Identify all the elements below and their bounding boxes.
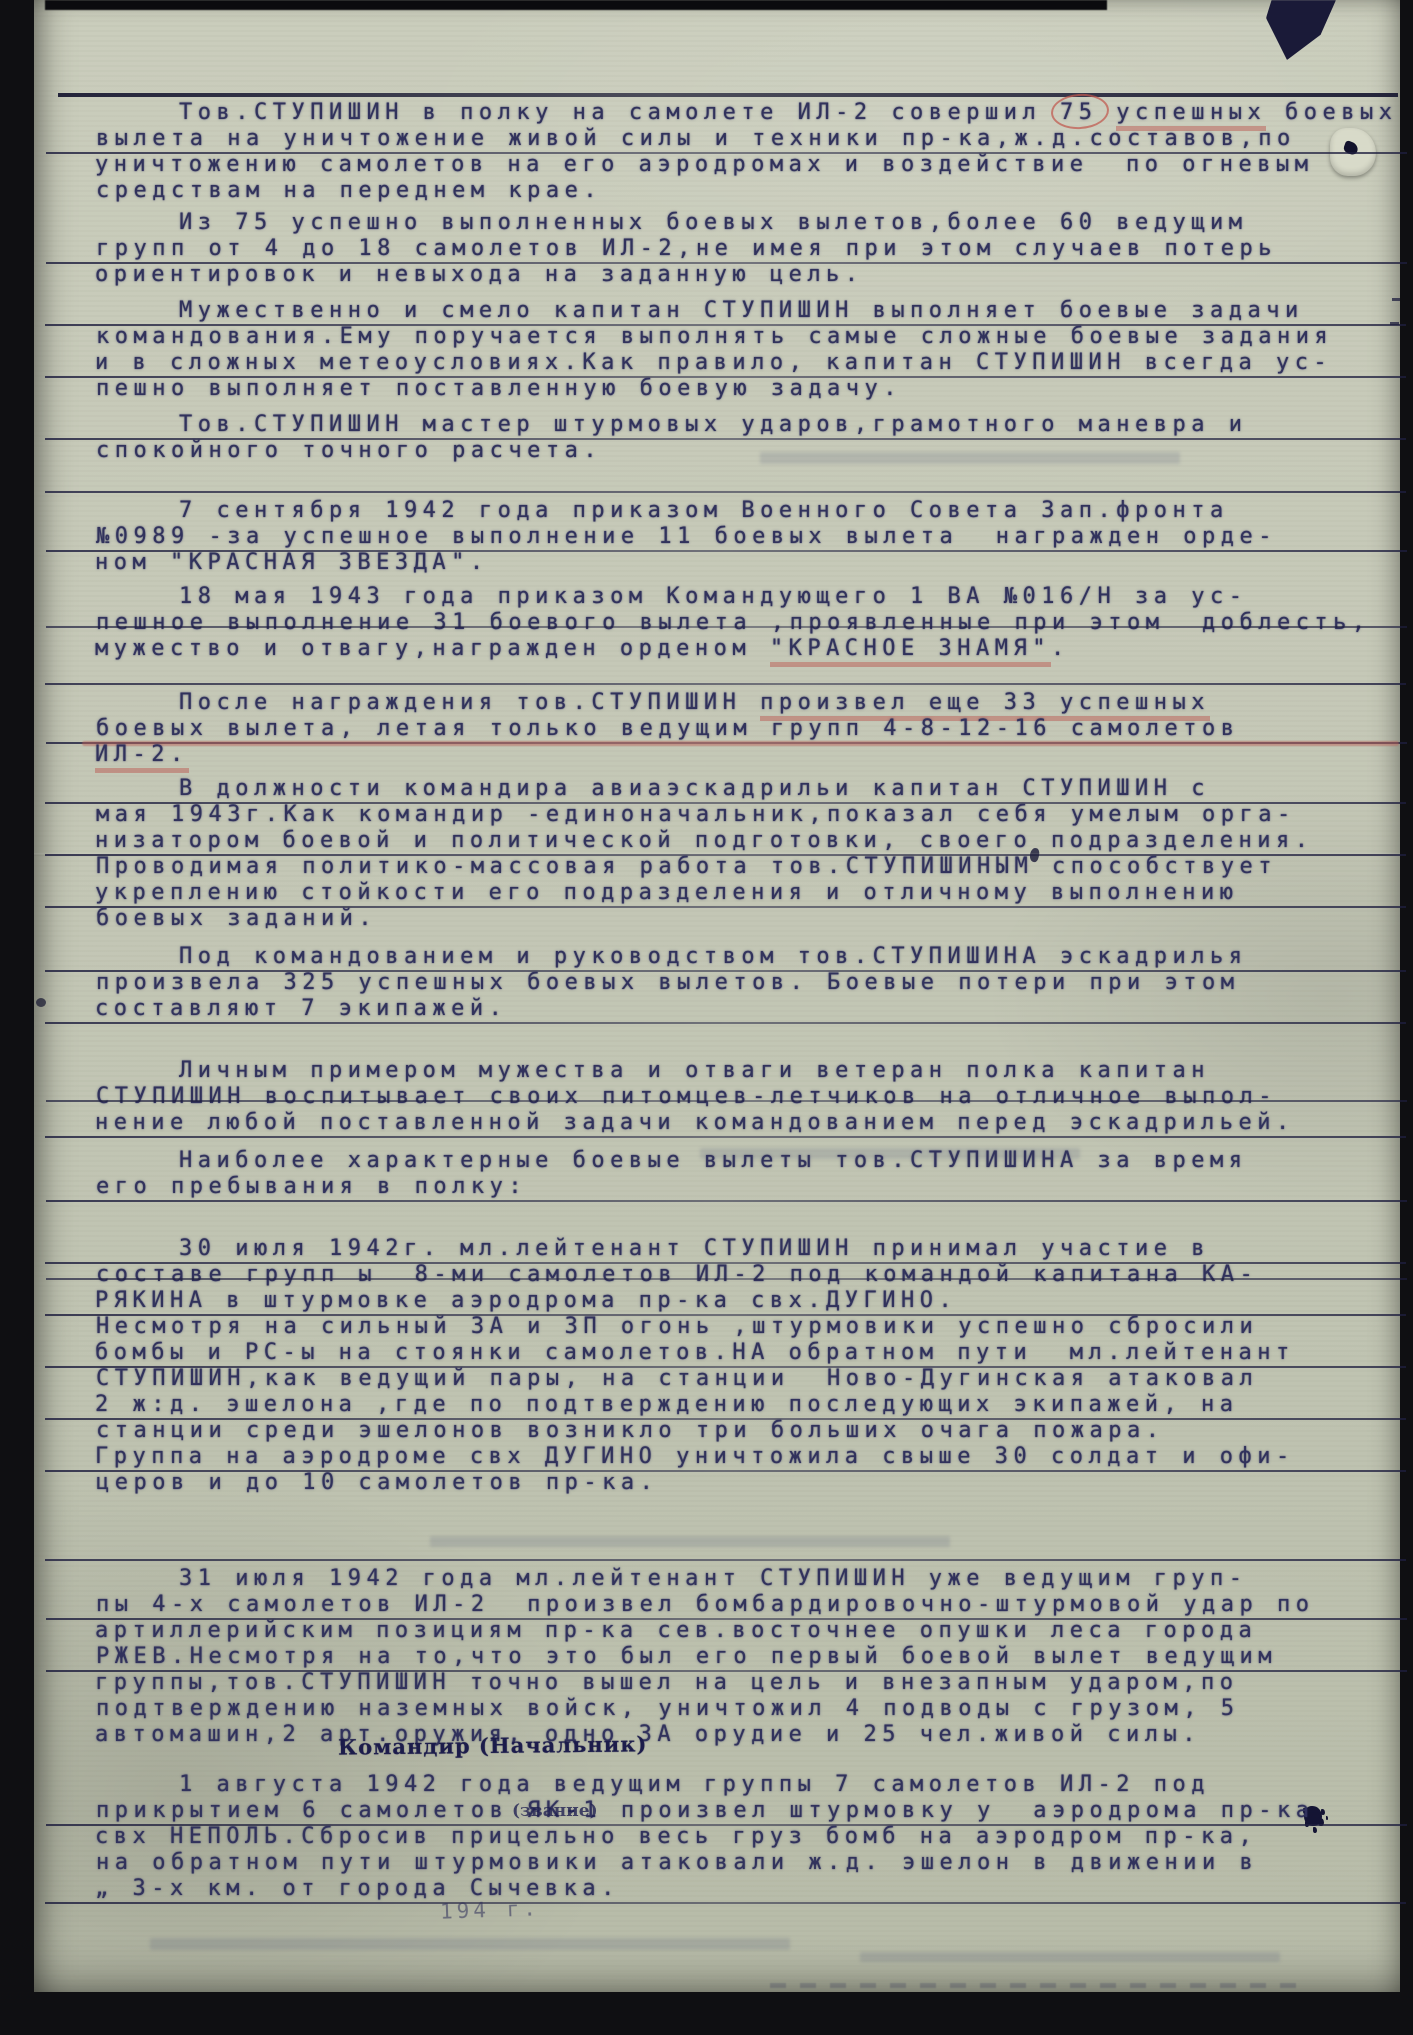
- typed-line: боевых заданий.: [96, 906, 1401, 932]
- form-overprint-rank: (звание): [512, 1801, 598, 1821]
- typed-line: Личным примером мужества и отваги ветера…: [95, 1058, 1400, 1084]
- typed-line: После награждения тов.СТУПИШИН произвел …: [95, 690, 1400, 716]
- typed-line: Тов.СТУПИШИН мастер штурмовых ударов,гра…: [95, 412, 1400, 438]
- typed-line: составе групп ы 8-ми самолетов ИЛ-2 под …: [96, 1262, 1401, 1288]
- paragraph: Тов.СТУПИШИН мастер штурмовых ударов,гра…: [95, 412, 1400, 464]
- red-pen-underline: ИЛ-2.: [95, 742, 189, 773]
- bleedthrough-mark: [860, 1952, 1280, 1962]
- typed-line: нение любой поставленной задачи командов…: [95, 1110, 1400, 1136]
- typed-line: „ 3-х км. от города Сычевка.: [95, 1876, 1400, 1902]
- typed-line: его пребывания в полку:: [96, 1174, 1401, 1200]
- typed-line: пешное выполнение 31 боевого вылета ,про…: [96, 610, 1401, 636]
- typed-line: мужество и отвагу,награжден орденом "КРА…: [95, 636, 1400, 662]
- ruled-line: [45, 1022, 1406, 1024]
- typed-line: Проводимая политико-массовая работа тов.…: [96, 854, 1401, 880]
- typed-line: составляют 7 экипажей.: [95, 996, 1400, 1022]
- typed-line: 7 сентября 1942 года приказом Военного С…: [95, 498, 1400, 524]
- typed-line: Группа на аэродроме свх ДУГИНО уничтожил…: [95, 1444, 1400, 1470]
- strike-line: [46, 1100, 1407, 1102]
- typed-line: 30 июля 1942г. мл.лейтенант СТУПИШИН при…: [95, 1236, 1400, 1262]
- typed-line: Мужественно и смело капитан СТУПИШИН вып…: [95, 298, 1400, 324]
- scan-edge-bar: [45, 0, 1107, 10]
- typed-line: на обратном пути штурмовики атаковали ж.…: [96, 1850, 1401, 1876]
- typed-line: и в сложных метеоусловиях.Как правило, к…: [95, 350, 1400, 376]
- typed-line: РЯКИНА в штурмовке аэродрома пр-ка свх.Д…: [95, 1288, 1400, 1314]
- strike-line: [46, 1278, 1407, 1280]
- scanned-document-page: { "colors": { "paper": "#c5c8b7", "ink":…: [0, 0, 1413, 2035]
- typed-line: спокойного точного расчета.: [96, 438, 1401, 464]
- document-body: Тов.СТУПИШИН в полку на самолете ИЛ-2 со…: [95, 100, 1400, 1902]
- bleedthrough-mark: [150, 1938, 790, 1950]
- paragraph: 1 августа 1942 года ведущим группы 7 сам…: [95, 1772, 1400, 1902]
- typed-line: ориентировок и невыхода на заданную цель…: [95, 262, 1400, 288]
- paragraph: 18 мая 1943 года приказом Командующего 1…: [95, 584, 1400, 662]
- ruled-line: [45, 1902, 1406, 1904]
- ink-speck: [36, 998, 46, 1007]
- typed-line: Наиболее характерные боевые вылеты тов.С…: [95, 1148, 1400, 1174]
- typed-line: ИЛ-2.: [95, 742, 1400, 768]
- strike-line: [46, 626, 1407, 628]
- typed-line: подтверждению наземных войск, уничтожил …: [96, 1696, 1401, 1722]
- typed-line: 31 июля 1942 года мл.лейтенант СТУПИШИН …: [95, 1566, 1400, 1592]
- paragraph: Личным примером мужества и отваги ветера…: [95, 1058, 1400, 1136]
- typed-line: произвела 325 успешных боевых вылетов. Б…: [96, 970, 1401, 996]
- paragraph: 7 сентября 1942 года приказом Военного С…: [95, 498, 1400, 576]
- typed-line: Несмотря на сильный ЗА и ЗП огонь ,штурм…: [96, 1314, 1401, 1340]
- typed-line: церов и до 10 самолетов пр-ка.: [96, 1470, 1401, 1496]
- typed-line: мая 1943г.Как командир -единоначальник,п…: [96, 802, 1401, 828]
- typed-line: пы 4-х самолетов ИЛ-2 произвел бомбардир…: [96, 1592, 1401, 1618]
- paragraph: В должности командира авиаэскадрильи кап…: [95, 776, 1400, 932]
- bleedthrough-dashes: [770, 1983, 1300, 1988]
- typed-line: СТУПИШИН воспитывает своих питомцев-летч…: [96, 1084, 1401, 1110]
- typed-line: средствам на переднем крае.: [96, 178, 1401, 204]
- typed-line: артиллерийским позициям пр-ка сев.восточ…: [95, 1618, 1400, 1644]
- typed-line: станции среди эшелонов возникло три боль…: [96, 1418, 1401, 1444]
- typed-line: СТУПИШИН,как ведущий пары, на станции Но…: [96, 1366, 1401, 1392]
- typed-line: боевых вылета, летая только ведущим груп…: [96, 716, 1401, 742]
- typed-line: 1 августа 1942 года ведущим группы 7 сам…: [95, 1772, 1400, 1798]
- typed-line: Тов.СТУПИШИН в полку на самолете ИЛ-2 со…: [95, 100, 1400, 126]
- paragraph: После награждения тов.СТУПИШИН произвел …: [95, 690, 1400, 768]
- typed-line: групп от 4 до 18 самолетов ИЛ-2,не имея …: [96, 236, 1401, 262]
- red-pen-circle: 75: [1060, 100, 1098, 125]
- paragraph: 31 июля 1942 года мл.лейтенант СТУПИШИН …: [95, 1566, 1400, 1748]
- paragraph: Мужественно и смело капитан СТУПИШИН вып…: [95, 298, 1400, 402]
- typed-line: Под командованием и руководством тов.СТУ…: [95, 944, 1400, 970]
- typed-line: укреплению стойкости его подразделения и…: [95, 880, 1400, 906]
- typed-line: свх НЕПОЛЬ.Сбросив прицельно весь груз б…: [95, 1824, 1400, 1850]
- paragraph: Под командованием и руководством тов.СТУ…: [95, 944, 1400, 1022]
- paragraph: Наиболее характерные боевые вылеты тов.С…: [95, 1148, 1400, 1200]
- ruled-line: [45, 1136, 1406, 1138]
- typed-line: пешно выполняет поставленную боевую зада…: [96, 376, 1401, 402]
- typed-line: низатором боевой и политической подготов…: [95, 828, 1400, 854]
- top-ruled-line: [58, 93, 1398, 97]
- typed-line: бомбы и РС-ы на стоянки самолетов.НА обр…: [95, 1340, 1400, 1366]
- paragraph: Из 75 успешно выполненных боевых вылетов…: [95, 210, 1400, 288]
- paragraph: Тов.СТУПИШИН в полку на самолете ИЛ-2 со…: [95, 100, 1400, 204]
- typed-line: вылета на уничтожение живой силы и техни…: [96, 126, 1401, 152]
- paragraph: 30 июля 1942г. мл.лейтенант СТУПИШИН при…: [95, 1236, 1400, 1496]
- typed-line: уничтожению самолетов на его аэродромах …: [95, 152, 1400, 178]
- typed-line: автомашин,2 арт.оружия, одно ЗА орудие и…: [95, 1722, 1400, 1748]
- typed-line: В должности командира авиаэскадрильи кап…: [95, 776, 1400, 802]
- form-overprint-commander: Командир (Начальник): [338, 1731, 648, 1759]
- typed-line: 2 ж:д. эшелона ,где по подтверждению пос…: [95, 1392, 1400, 1418]
- typed-line: ном "КРАСНАЯ ЗВЕЗДА".: [95, 550, 1400, 576]
- typed-line: №0989 -за успешное выполнение 11 боевых …: [96, 524, 1401, 550]
- ruled-line: [46, 1200, 1407, 1202]
- typed-line: 18 мая 1943 года приказом Командующего 1…: [95, 584, 1400, 610]
- typed-line: группы,тов.СТУПИШИН точно вышел на цель …: [95, 1670, 1400, 1696]
- typed-line: командования.Ему поручается выполнять са…: [96, 324, 1401, 350]
- form-overprint-year: 194 г.: [440, 1896, 541, 1923]
- red-pen-underline: "КРАСНОЕ ЗНАМЯ": [770, 636, 1051, 667]
- typed-line: прикрытием 6 самолетов ЯК-1 произвел шту…: [96, 1798, 1401, 1824]
- typed-line: Из 75 успешно выполненных боевых вылетов…: [95, 210, 1400, 236]
- typed-line: РЖЕВ.Несмотря на то,что это был его перв…: [96, 1644, 1401, 1670]
